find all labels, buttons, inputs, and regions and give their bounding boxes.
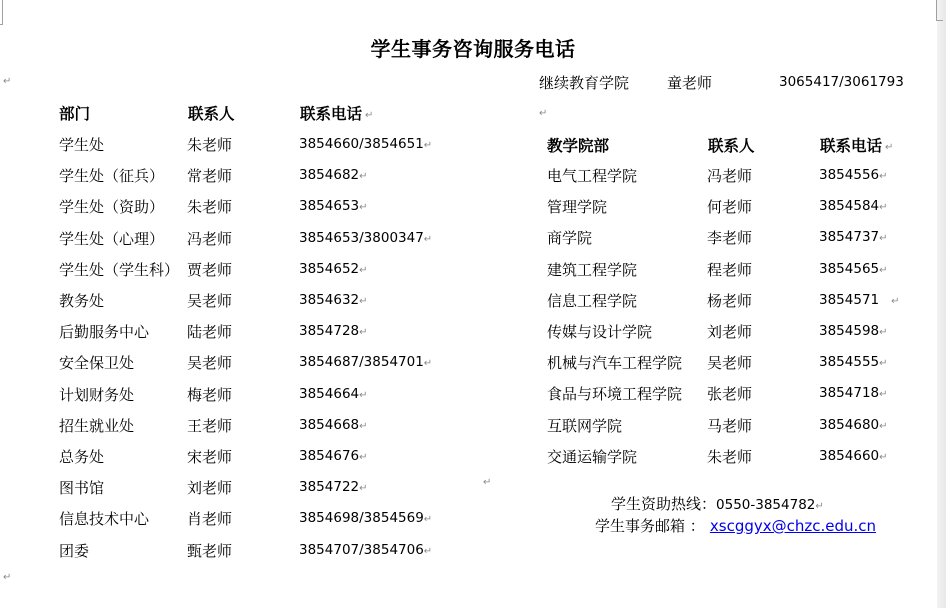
- phone-number: 3854653↵: [299, 198, 368, 214]
- dept-name: 招生就业处: [59, 415, 134, 436]
- financial-aid-hotline: 学生资助热线：0550-3854782↵: [611, 493, 824, 514]
- header-contact: 联系人: [708, 134, 755, 156]
- dept-name: 后勤服务中心: [59, 321, 149, 342]
- email-link[interactable]: xscggyx@chzc.edu.cn: [710, 517, 876, 535]
- phone-number: 3854698/3854569↵: [299, 510, 432, 526]
- contact-name: 陆老师: [187, 321, 232, 342]
- paragraph-mark: ↵: [879, 327, 887, 338]
- dept-name: 机械与汽车工程学院: [547, 352, 682, 373]
- phone-text: 3854687/3854701: [299, 354, 424, 370]
- dept-name: 团委: [59, 540, 89, 561]
- header-college: 教学院部: [547, 134, 609, 156]
- phone-text: 3854707/3854706: [299, 542, 424, 558]
- phone-text: 3854718: [819, 385, 879, 401]
- phone-text: 3854653/3800347: [299, 230, 424, 246]
- phone-number: 3854718↵: [819, 385, 888, 401]
- phone-number: 3854571↵: [819, 292, 900, 308]
- paragraph-mark: ↵: [365, 110, 373, 121]
- contact-name: 童老师: [667, 72, 712, 93]
- phone-number: 3854653/3800347↵: [299, 230, 432, 246]
- contact-name: 甄老师: [187, 540, 232, 561]
- contact-name: 吴老师: [707, 352, 752, 373]
- dept-name: 传媒与设计学院: [547, 321, 652, 342]
- phone-text: 3854680: [819, 417, 879, 433]
- dept-name: 总务处: [59, 446, 104, 467]
- dept-name: 信息工程学院: [547, 290, 637, 311]
- dept-name: 互联网学院: [547, 415, 622, 436]
- dept-name: 学生处（资助）: [59, 196, 164, 217]
- phone-number: 3854680↵: [819, 417, 888, 433]
- paragraph-mark: ↵: [359, 171, 367, 182]
- dept-name: 交通运输学院: [547, 446, 637, 467]
- paragraph-mark: ↵: [879, 171, 887, 182]
- paragraph-mark: ↵: [483, 477, 491, 488]
- contact-name: 杨老师: [707, 290, 752, 311]
- phone-text: 3854664: [299, 386, 359, 402]
- dept-name: 计划财务处: [59, 384, 134, 405]
- paragraph-mark: ↵: [424, 234, 432, 245]
- page-corner-mark-top-right: [936, 0, 943, 21]
- paragraph-mark: ↵: [424, 514, 432, 525]
- phone-number: 3854660/3854651↵: [299, 136, 432, 152]
- dept-name: 学生处（征兵）: [59, 165, 164, 186]
- contact-name: 何老师: [707, 196, 752, 217]
- contact-name: 冯老师: [187, 228, 232, 249]
- phone-number: 3854728↵: [299, 323, 368, 339]
- paragraph-mark: ↵: [359, 421, 367, 432]
- phone-text: 3854598: [819, 323, 879, 339]
- phone-text: 3854660/3854651: [299, 136, 424, 152]
- dept-name: 电气工程学院: [547, 165, 637, 186]
- phone-number: 3854555↵: [819, 354, 888, 370]
- paragraph-mark: ↵: [539, 108, 547, 119]
- header-contact: 联系人: [188, 102, 235, 124]
- phone-number: 3854676↵: [299, 448, 368, 464]
- dept-name: 图书馆: [59, 477, 104, 498]
- paragraph-mark: ↵: [3, 572, 11, 583]
- dept-name: 学生处: [59, 134, 104, 155]
- phone-text: 3854632: [299, 292, 359, 308]
- contact-name: 常老师: [187, 165, 232, 186]
- hotline-number: 0550-3854782: [716, 497, 815, 513]
- phone-text: 3854555: [819, 354, 879, 370]
- dept-name: 建筑工程学院: [547, 259, 637, 280]
- paragraph-mark: ↵: [879, 358, 887, 369]
- paragraph-mark: ↵: [879, 421, 887, 432]
- paragraph-mark: ↵: [879, 202, 887, 213]
- dept-name: 信息技术中心: [59, 508, 149, 529]
- contact-name: 宋老师: [187, 446, 232, 467]
- paragraph-mark: ↵: [424, 546, 432, 557]
- paragraph-mark: ↵: [879, 233, 887, 244]
- phone-text: 3854728: [299, 323, 359, 339]
- phone-number: 3854556↵: [819, 167, 888, 183]
- dept-name: 继续教育学院: [539, 72, 629, 93]
- dept-name: 教务处: [59, 290, 104, 311]
- page-corner-mark-top-left: [0, 0, 3, 25]
- phone-text: 3854722: [299, 479, 359, 495]
- paragraph-mark: ↵: [359, 483, 367, 494]
- paragraph-mark: ↵: [359, 202, 367, 213]
- contact-name: 刘老师: [707, 321, 752, 342]
- paragraph-mark: ↵: [815, 501, 823, 512]
- phone-number: 3854664↵: [299, 386, 368, 402]
- dept-name: 学生处（学生科）: [59, 259, 179, 280]
- phone-text: 3854565: [819, 261, 879, 277]
- dept-name: 安全保卫处: [59, 352, 134, 373]
- paragraph-mark: ↵: [885, 142, 893, 153]
- phone-number: 3065417/3061793: [779, 74, 904, 90]
- paragraph-mark: ↵: [879, 452, 887, 463]
- contact-name: 张老师: [707, 383, 752, 404]
- contact-name: 贾老师: [187, 259, 232, 280]
- phone-text: 3854668: [299, 417, 359, 433]
- paragraph-mark: ↵: [359, 296, 367, 307]
- header-phone: 联系电话: [300, 102, 362, 124]
- contact-name: 程老师: [707, 259, 752, 280]
- phone-text: 3854682: [299, 167, 359, 183]
- phone-number: 3854722↵: [299, 479, 368, 495]
- phone-text: 3854584: [819, 198, 879, 214]
- paragraph-mark: ↵: [879, 265, 887, 276]
- phone-text: 3854652: [299, 261, 359, 277]
- phone-number: 3854565↵: [819, 261, 888, 277]
- paragraph-mark: ↵: [3, 76, 11, 87]
- dept-name: 商学院: [547, 227, 592, 248]
- phone-number: 3854660↵: [819, 448, 888, 464]
- dept-name: 食品与环境工程学院: [547, 383, 682, 404]
- student-affairs-email: 学生事务邮箱 ： xscggyx@chzc.edu.cn: [595, 515, 876, 536]
- email-label: 学生事务邮箱 ：: [595, 517, 705, 535]
- contact-name: 吴老师: [187, 290, 232, 311]
- contact-name: 朱老师: [707, 446, 752, 467]
- phone-number: 3854737↵: [819, 229, 888, 245]
- paragraph-mark: ↵: [424, 140, 432, 151]
- contact-name: 王老师: [187, 415, 232, 436]
- phone-number: 3854668↵: [299, 417, 368, 433]
- page-edge-shadow: [937, 0, 946, 608]
- contact-name: 肖老师: [187, 508, 232, 529]
- contact-name: 李老师: [707, 227, 752, 248]
- phone-number: 3854682↵: [299, 167, 368, 183]
- phone-number: 3854632↵: [299, 292, 368, 308]
- contact-name: 冯老师: [707, 165, 752, 186]
- contact-name: 梅老师: [187, 384, 232, 405]
- phone-text: 3854571: [819, 292, 879, 308]
- phone-text: 3854556: [819, 167, 879, 183]
- phone-number: 3854707/3854706↵: [299, 542, 432, 558]
- phone-text: 3854676: [299, 448, 359, 464]
- phone-number: 3854687/3854701↵: [299, 354, 432, 370]
- phone-number: 3854598↵: [819, 323, 888, 339]
- hotline-label: 学生资助热线：: [611, 495, 716, 513]
- paragraph-mark: ↵: [359, 327, 367, 338]
- paragraph-mark: ↵: [879, 389, 887, 400]
- phone-text: 3854660: [819, 448, 879, 464]
- contact-name: 吴老师: [187, 352, 232, 373]
- phone-number: 3854652↵: [299, 261, 368, 277]
- phone-text: 3854737: [819, 229, 879, 245]
- contact-name: 朱老师: [187, 134, 232, 155]
- phone-text: 3854698/3854569: [299, 510, 424, 526]
- document-title: 学生事务咨询服务电话: [0, 33, 946, 62]
- paragraph-mark: ↵: [359, 265, 367, 276]
- dept-name: 管理学院: [547, 196, 607, 217]
- phone-number: 3854584↵: [819, 198, 888, 214]
- header-department: 部门: [59, 102, 90, 124]
- phone-text: 3854653: [299, 198, 359, 214]
- dept-name: 学生处（心理）: [59, 228, 164, 249]
- header-phone: 联系电话: [820, 134, 882, 156]
- paragraph-mark: ↵: [359, 390, 367, 401]
- paragraph-mark: ↵: [359, 452, 367, 463]
- paragraph-mark: ↵: [424, 358, 432, 369]
- contact-name: 朱老师: [187, 196, 232, 217]
- paragraph-mark: ↵: [891, 296, 899, 307]
- contact-name: 刘老师: [187, 477, 232, 498]
- contact-name: 马老师: [707, 415, 752, 436]
